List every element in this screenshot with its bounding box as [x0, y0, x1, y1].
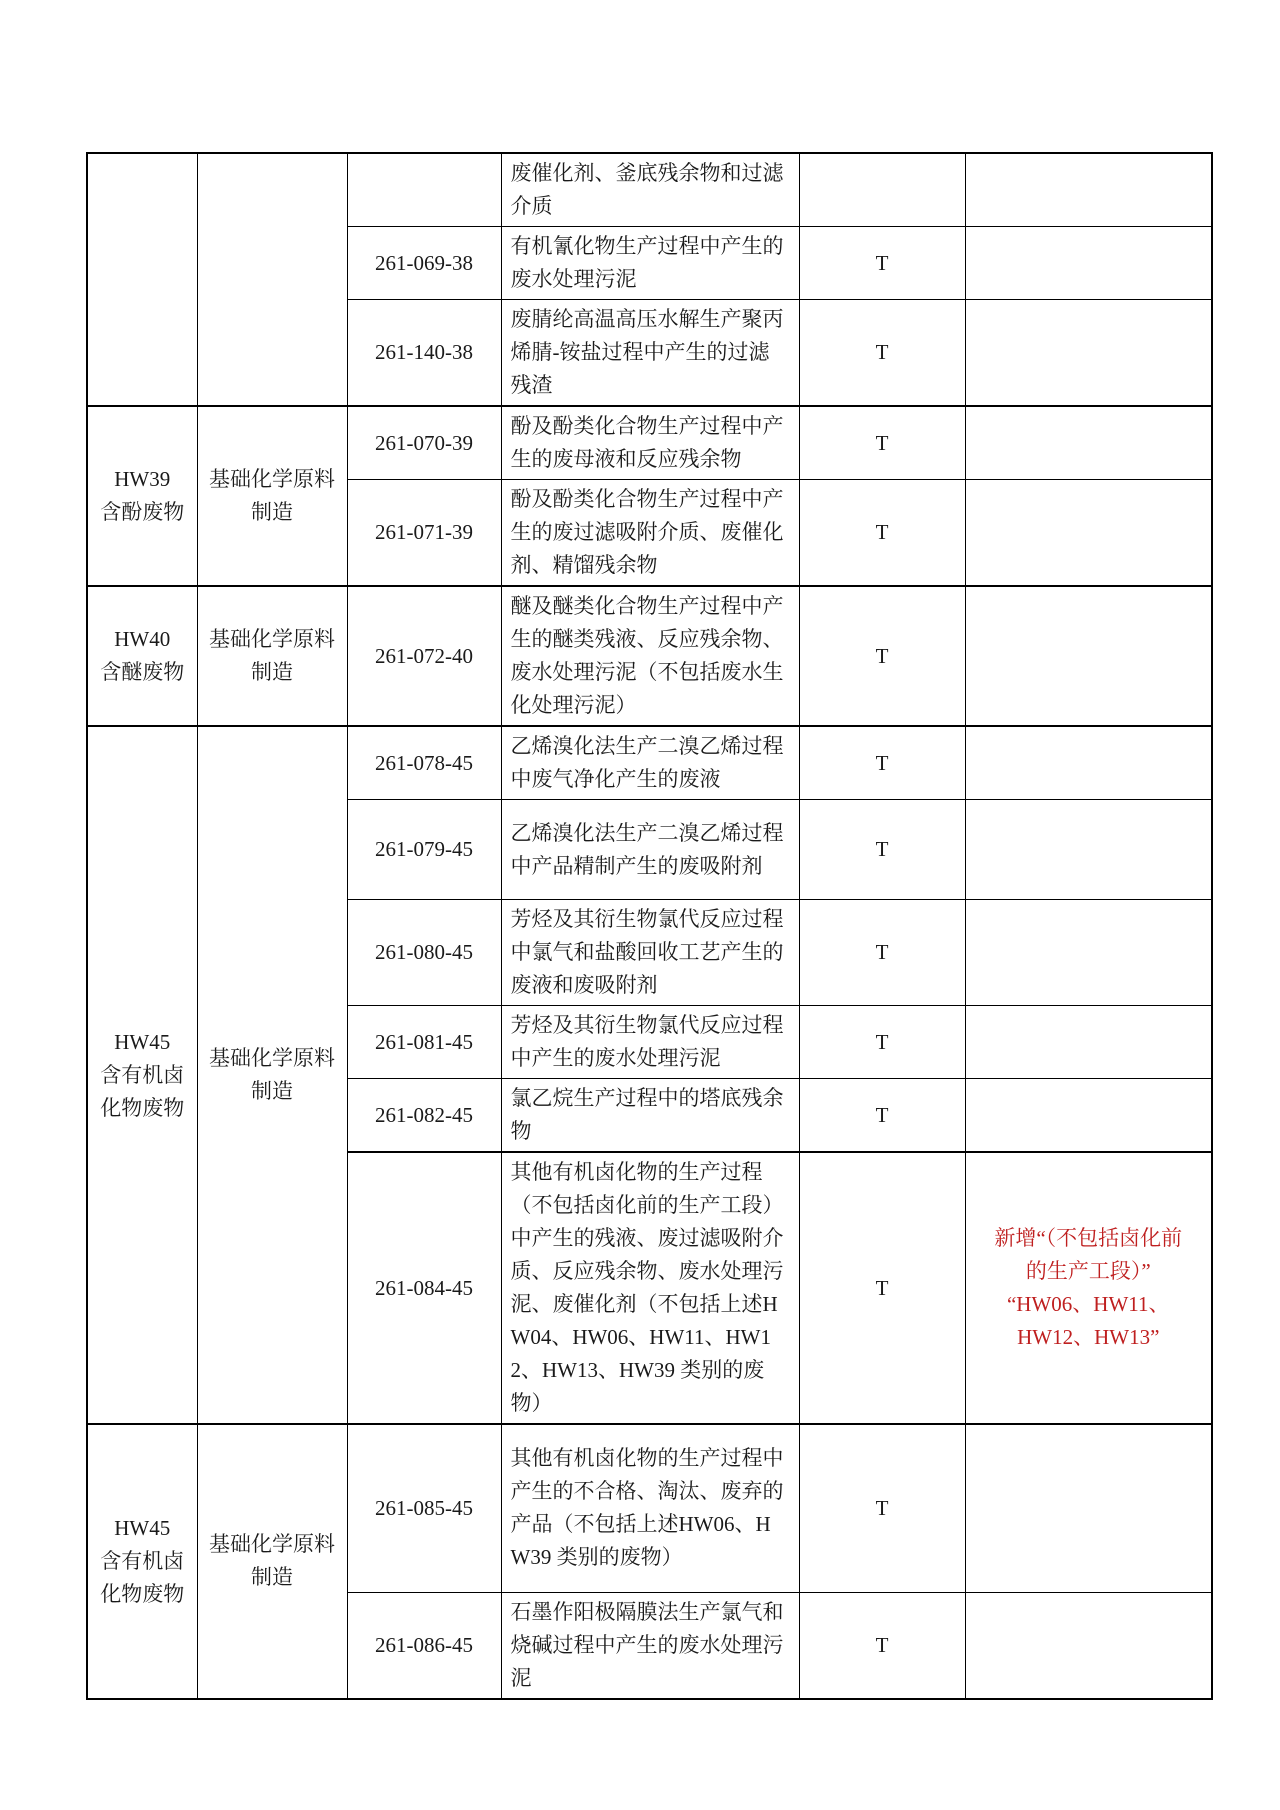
note-cell: [965, 1424, 1212, 1592]
hazard-cell: T: [799, 586, 965, 726]
hazard-cell: T: [799, 406, 965, 480]
note-cell: [965, 726, 1212, 800]
category-block: HW39 含酚废物 基础化学原料制造 261-070-39 酚及酚类化合物生产过…: [87, 406, 1212, 586]
industry-cell: 基础化学原料制造: [197, 1424, 347, 1699]
hazard-cell: T: [799, 1592, 965, 1699]
waste-code-cell: 261-070-39: [347, 406, 501, 480]
industry-cell: [197, 153, 347, 406]
waste-code-cell: 261-071-39: [347, 480, 501, 587]
description-cell: 芳烃及其衍生物氯代反应过程中产生的废水处理污泥: [501, 1006, 799, 1079]
description-cell: 乙烯溴化法生产二溴乙烯过程中产品精制产生的废吸附剂: [501, 800, 799, 900]
hazard-cell: T: [799, 800, 965, 900]
hazard-cell: T: [799, 300, 965, 407]
description-cell: 醚及醚类化合物生产过程中产生的醚类残液、反应残余物、废水处理污泥（不包括废水生化…: [501, 586, 799, 726]
waste-code-cell: 261-080-45: [347, 900, 501, 1006]
table-row: HW40 含醚废物 基础化学原料制造 261-072-40 醚及醚类化合物生产过…: [87, 586, 1212, 726]
revision-note-cell: 新增“（不包括卤化前 的生产工段）” “HW06、HW11、 HW12、HW13…: [965, 1152, 1212, 1424]
category-block: HW45 含有机卤化物废物 基础化学原料制造 261-085-45 其他有机卤化…: [87, 1424, 1212, 1699]
table-row: 废催化剂、釜底残余物和过滤介质: [87, 153, 1212, 227]
note-cell: [965, 300, 1212, 407]
description-cell: 其他有机卤化物的生产过程（不包括卤化前的生产工段）中产生的残液、废过滤吸附介质、…: [501, 1152, 799, 1424]
hazard-cell: T: [799, 1424, 965, 1592]
hazardous-waste-table: 废催化剂、釜底残余物和过滤介质 261-069-38 有机氰化物生产过程中产生的…: [86, 152, 1213, 1700]
note-cell: [965, 586, 1212, 726]
description-cell: 酚及酚类化合物生产过程中产生的废母液和反应残余物: [501, 406, 799, 480]
description-cell: 有机氰化物生产过程中产生的废水处理污泥: [501, 227, 799, 300]
waste-code-cell: 261-078-45: [347, 726, 501, 800]
note-cell: [965, 900, 1212, 1006]
description-cell: 乙烯溴化法生产二溴乙烯过程中废气净化产生的废液: [501, 726, 799, 800]
waste-code-cell: 261-082-45: [347, 1079, 501, 1153]
waste-code-cell: 261-069-38: [347, 227, 501, 300]
hazard-cell: T: [799, 480, 965, 587]
industry-cell: 基础化学原料制造: [197, 726, 347, 1424]
description-cell: 废腈纶高温高压水解生产聚丙烯腈-铵盐过程中产生的过滤残渣: [501, 300, 799, 407]
description-cell: 其他有机卤化物的生产过程中产生的不合格、淘汰、废弃的产品（不包括上述HW06、H…: [501, 1424, 799, 1592]
note-cell: [965, 1079, 1212, 1153]
table-row: HW39 含酚废物 基础化学原料制造 261-070-39 酚及酚类化合物生产过…: [87, 406, 1212, 480]
category-cell: HW39 含酚废物: [87, 406, 197, 586]
waste-code-cell: 261-084-45: [347, 1152, 501, 1424]
category-block: HW40 含醚废物 基础化学原料制造 261-072-40 醚及醚类化合物生产过…: [87, 586, 1212, 726]
waste-code-cell: 261-081-45: [347, 1006, 501, 1079]
description-cell: 酚及酚类化合物生产过程中产生的废过滤吸附介质、废催化剂、精馏残余物: [501, 480, 799, 587]
waste-code-cell: 261-086-45: [347, 1592, 501, 1699]
category-cell: HW45 含有机卤化物废物: [87, 1424, 197, 1699]
description-cell: 芳烃及其衍生物氯代反应过程中氯气和盐酸回收工艺产生的废液和废吸附剂: [501, 900, 799, 1006]
table-row: HW45 含有机卤化物废物 基础化学原料制造 261-078-45 乙烯溴化法生…: [87, 726, 1212, 800]
category-cell: [87, 153, 197, 406]
hazard-cell: T: [799, 227, 965, 300]
industry-cell: 基础化学原料制造: [197, 406, 347, 586]
waste-code-cell: 261-085-45: [347, 1424, 501, 1592]
note-cell: [965, 1006, 1212, 1079]
note-cell: [965, 406, 1212, 480]
note-cell: [965, 480, 1212, 587]
hazard-cell: T: [799, 726, 965, 800]
waste-code-cell: 261-072-40: [347, 586, 501, 726]
description-cell: 氯乙烷生产过程中的塔底残余物: [501, 1079, 799, 1153]
document-page: 废催化剂、釜底残余物和过滤介质 261-069-38 有机氰化物生产过程中产生的…: [0, 0, 1280, 1810]
hazard-cell: T: [799, 1152, 965, 1424]
hazard-cell: T: [799, 1079, 965, 1153]
waste-code-cell: [347, 153, 501, 227]
note-cell: [965, 227, 1212, 300]
category-block: HW45 含有机卤化物废物 基础化学原料制造 261-078-45 乙烯溴化法生…: [87, 726, 1212, 1424]
description-cell: 石墨作阳极隔膜法生产氯气和烧碱过程中产生的废水处理污泥: [501, 1592, 799, 1699]
category-cell: HW45 含有机卤化物废物: [87, 726, 197, 1424]
category-block: 废催化剂、釜底残余物和过滤介质 261-069-38 有机氰化物生产过程中产生的…: [87, 153, 1212, 406]
hazard-cell: T: [799, 900, 965, 1006]
note-cell: [965, 1592, 1212, 1699]
category-cell: HW40 含醚废物: [87, 586, 197, 726]
waste-code-cell: 261-079-45: [347, 800, 501, 900]
industry-cell: 基础化学原料制造: [197, 586, 347, 726]
table-row: HW45 含有机卤化物废物 基础化学原料制造 261-085-45 其他有机卤化…: [87, 1424, 1212, 1592]
hazard-cell: T: [799, 1006, 965, 1079]
hazard-cell: [799, 153, 965, 227]
note-cell: [965, 800, 1212, 900]
note-cell: [965, 153, 1212, 227]
description-cell: 废催化剂、釜底残余物和过滤介质: [501, 153, 799, 227]
waste-code-cell: 261-140-38: [347, 300, 501, 407]
